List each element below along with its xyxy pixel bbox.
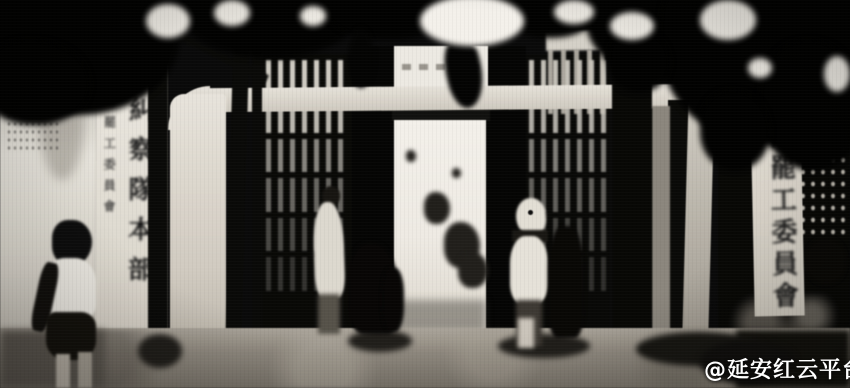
historical-photo: 省港罷工委員會 糾察隊本部 會省港罷工委員會 [0, 0, 850, 388]
sky-patch [146, 4, 190, 38]
person-right-shin [518, 318, 534, 348]
person-right-face-mark [528, 210, 533, 215]
leaf-sprig [348, 28, 374, 88]
tree-trunk [252, 48, 262, 338]
sky-patch [700, 0, 756, 40]
sky-patch [824, 56, 850, 92]
sky-patch [748, 58, 772, 78]
sky-patch [214, 0, 250, 26]
sky-patch [554, 0, 594, 24]
ground-shadow [138, 334, 182, 368]
sky-patch [300, 6, 326, 26]
dark-figure [806, 238, 846, 284]
lattice-row [266, 139, 349, 173]
gate-post-left [170, 94, 226, 340]
gate-post-right-inner [652, 106, 670, 346]
watermark: @延安红云平台 [704, 353, 850, 384]
dark-figure [382, 268, 404, 332]
sky-patch [610, 12, 654, 40]
person-left-leg [56, 354, 70, 388]
interior-shadow [452, 168, 461, 178]
sky-patch [420, 0, 524, 46]
interior-shadow [424, 192, 450, 224]
interior-shadow [458, 252, 488, 288]
interior-shadow [406, 150, 416, 162]
dark-figure [548, 226, 584, 338]
tree-foliage [700, 90, 770, 170]
lattice-row [529, 139, 606, 173]
tree-foliage [608, 30, 670, 92]
person-left-leg [78, 352, 92, 388]
person-right-shirt [510, 236, 548, 304]
person-center-legs [318, 294, 340, 334]
photo-scene: 省港罷工委員會 糾察隊本部 會省港罷工委員會 [0, 0, 850, 388]
tree-trunk [612, 50, 652, 350]
